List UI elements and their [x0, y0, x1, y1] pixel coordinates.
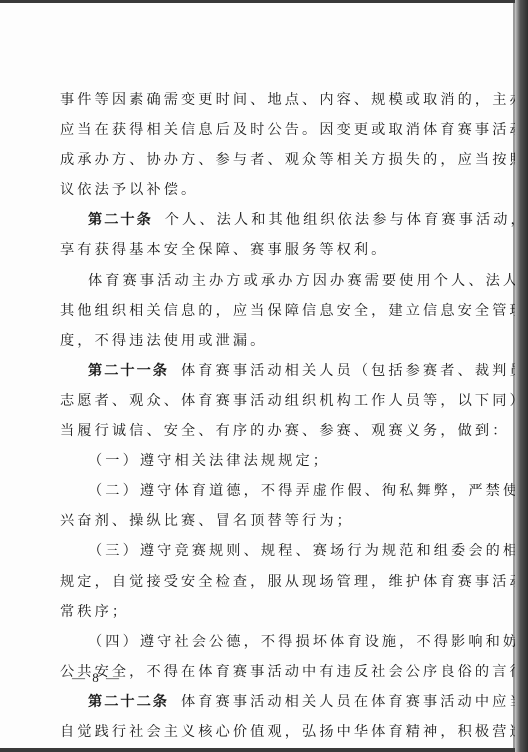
text-line: 议依法予以补偿。	[60, 175, 450, 205]
article-21-line3: 当履行诚信、安全、有序的办赛、参赛、观赛义务，做到：	[60, 416, 450, 446]
item-4-line1: （四）遵守社会公德，不得损坏体育设施，不得影响和妨碍	[60, 627, 450, 657]
article-22-label: 第二十二条	[88, 694, 169, 710]
article-20-line1: 第二十条个人、法人和其他组织依法参与体育赛事活动，	[60, 205, 450, 235]
scan-edge	[515, 0, 528, 752]
page-number: — 8 —	[72, 670, 121, 686]
article-21-text: 体育赛事活动相关人员（包括参赛者、裁判员、	[181, 363, 528, 379]
text-line: 事件等因素确需变更时间、地点、内容、规模或取消的，主办方	[60, 85, 450, 115]
article-21-label: 第二十一条	[88, 363, 169, 379]
article-22-line2: 自觉践行社会主义核心价值观，弘扬中华体育精神，积极营造健	[60, 717, 450, 747]
article-21-line2: 志愿者、观众、体育赛事活动组织机构工作人员等，以下同）应	[60, 386, 450, 416]
item-3-line3: 常秩序；	[60, 597, 450, 627]
article-20-label: 第二十条	[88, 212, 153, 228]
article-21-line1: 第二十一条体育赛事活动相关人员（包括参赛者、裁判员、	[60, 356, 450, 386]
document-page: 事件等因素确需变更时间、地点、内容、规模或取消的，主办方 应当在获得相关信息后及…	[0, 3, 515, 748]
item-3-line2: 规定，自觉接受安全检查，服从现场管理，维护体育赛事活动正	[60, 567, 450, 597]
item-2-line2: 兴奋剂、操纵比赛、冒名顶替等行为；	[60, 506, 450, 536]
item-2-line1: （二）遵守体育道德，不得弄虚作假、徇私舞弊，严禁使用	[60, 476, 450, 506]
article-20-para2-line1: 体育赛事活动主办方或承办方因办赛需要使用个人、法人和	[60, 266, 450, 296]
article-20-text: 个人、法人和其他组织依法参与体育赛事活动，	[165, 212, 528, 228]
article-22-line1: 第二十二条体育赛事活动相关人员在体育赛事活动中应当	[60, 687, 450, 717]
article-20-para2-line3: 度，不得违法使用或泄漏。	[60, 326, 450, 356]
article-20-para2-line2: 其他组织相关信息的，应当保障信息安全，建立信息安全管理制	[60, 296, 450, 326]
text-line: 应当在获得相关信息后及时公告。因变更或取消体育赛事活动造	[60, 115, 450, 145]
article-22-text: 体育赛事活动相关人员在体育赛事活动中应当	[181, 694, 527, 710]
item-3-line1: （三）遵守竞赛规则、规程、赛场行为规范和组委会的相关	[60, 536, 450, 566]
item-1-line1: （一）遵守相关法律法规规定；	[60, 446, 450, 476]
article-20-line2: 享有获得基本安全保障、赛事服务等权利。	[60, 235, 450, 265]
document-body: 事件等因素确需变更时间、地点、内容、规模或取消的，主办方 应当在获得相关信息后及…	[60, 85, 450, 747]
text-line: 成承办方、协办方、参与者、观众等相关方损失的，应当按照协	[60, 145, 450, 175]
